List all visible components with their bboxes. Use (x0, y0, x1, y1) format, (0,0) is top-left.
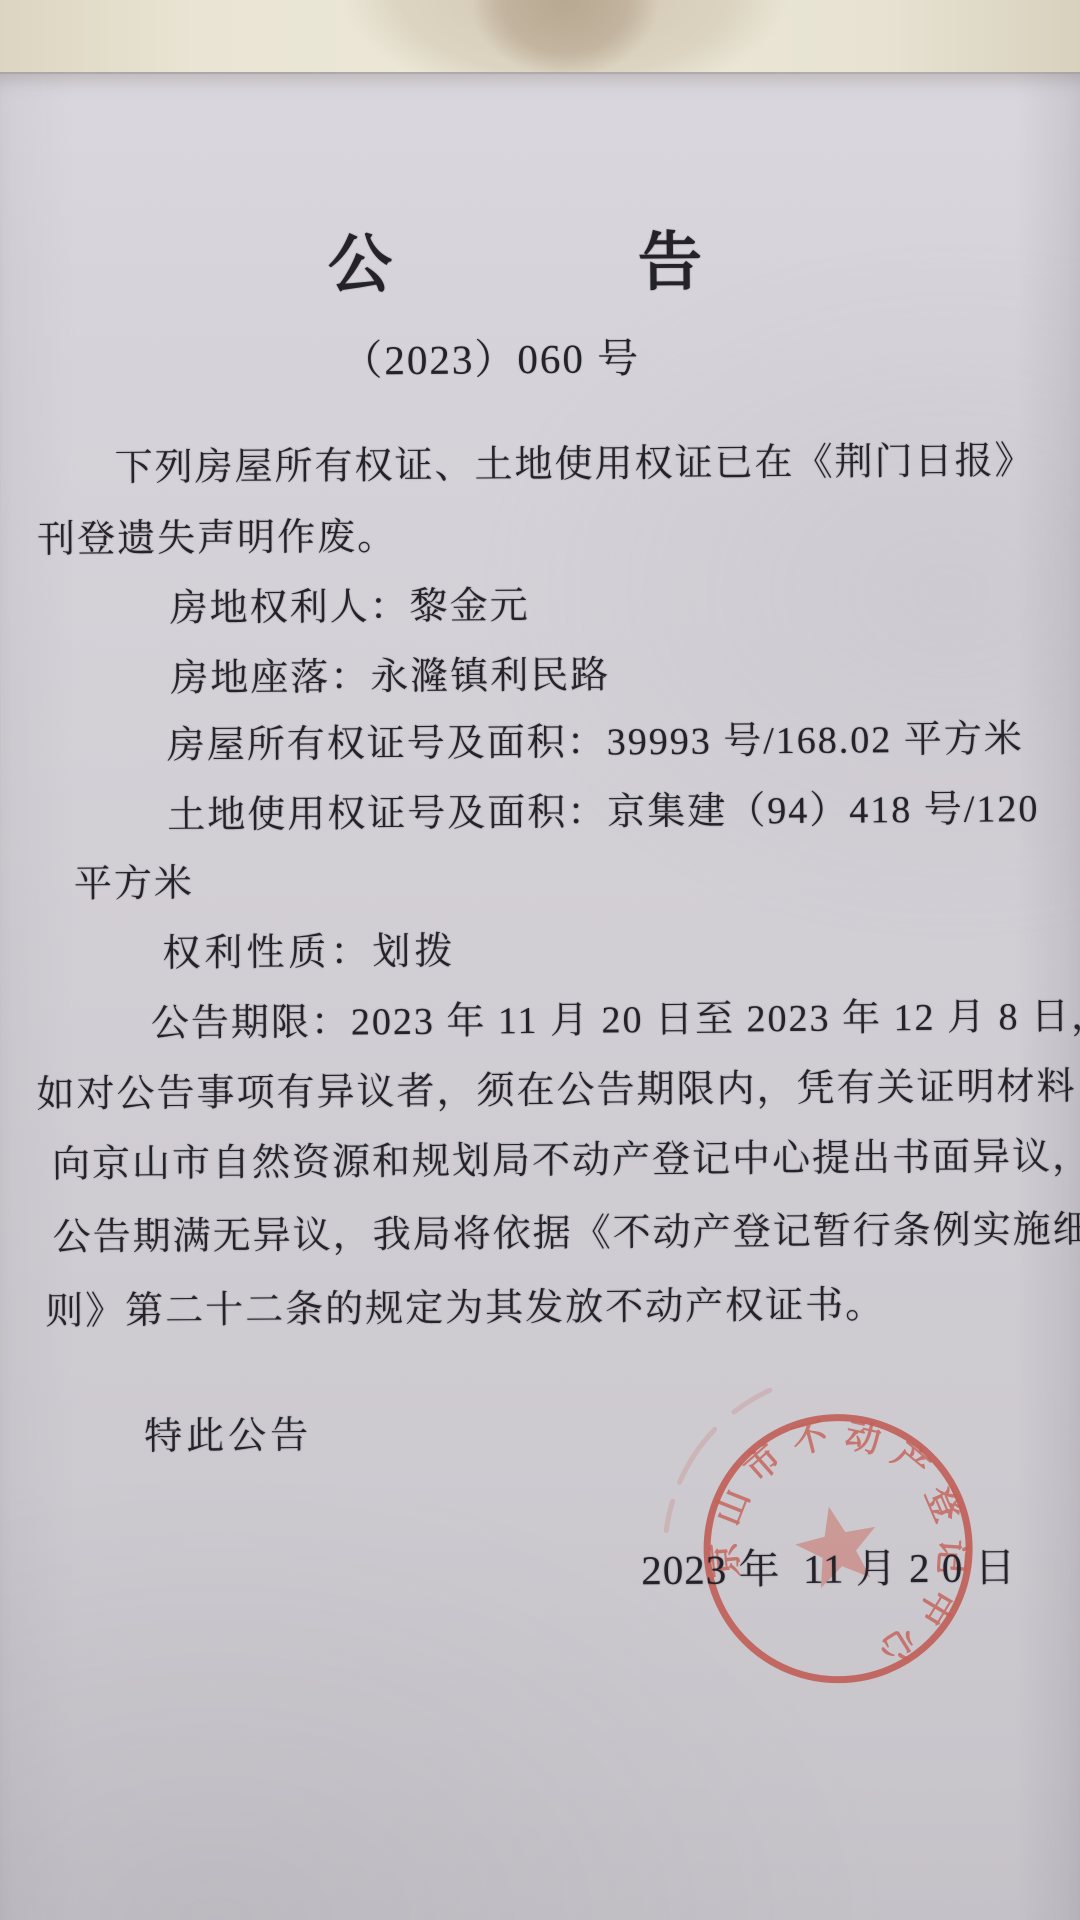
land-cert-line: 土地使用权证号及面积：京集建（94）418 号/120 (167, 777, 1039, 839)
rights-nature-line: 权利性质：划拨 (162, 920, 456, 977)
property-location-line: 房地座落：永漋镇利民路 (170, 643, 610, 701)
notice-intro-line-2: 刊登遗失声明作废。 (37, 505, 397, 563)
notice-period-line-2: 如对公告事项有异议者，须在公告期限内，凭有关证明材料 (36, 1055, 1076, 1118)
notice-period-line-3: 向京山市自然资源和规划局不动产登记中心提出书面异议， (52, 1125, 1080, 1188)
closing-line: 特此公告 (144, 1404, 312, 1460)
rights-holder-line: 房地权利人：黎金元 (169, 574, 529, 632)
doc-number: （2023）060 号 (0, 322, 986, 389)
notice-period-line-5: 则》第二十二条的规定为其发放不动产权证书。 (45, 1273, 885, 1335)
land-cert-wrap-line: 平方米 (74, 852, 194, 908)
page-title: 公 告 (0, 208, 1035, 308)
announcement-content: 公 告 （2023）060 号 下列房屋所有权证、土地使用权证已在《荆门日报》 … (0, 0, 1080, 1920)
issue-date: 2023 年 11 月 2 0 日 (641, 1534, 1017, 1596)
notice-period-line-4: 公告期满无异议，我局将依据《不动产登记暂行条例实施细 (52, 1198, 1080, 1261)
document-photo: 公 告 （2023）060 号 下列房屋所有权证、土地使用权证已在《荆门日报》 … (0, 0, 1080, 1920)
house-cert-line: 房屋所有权证号及面积：39993 号/168.02 平方米 (167, 707, 1024, 769)
notice-intro-line-1: 下列房屋所有权证、土地使用权证已在《荆门日报》 (114, 429, 1034, 491)
page-title-char-1: 公 (328, 213, 393, 305)
notice-period-line-1: 公告期限：2023 年 11 月 20 日至 2023 年 12 月 8 日， (151, 985, 1080, 1048)
page-title-char-2: 告 (638, 211, 703, 303)
